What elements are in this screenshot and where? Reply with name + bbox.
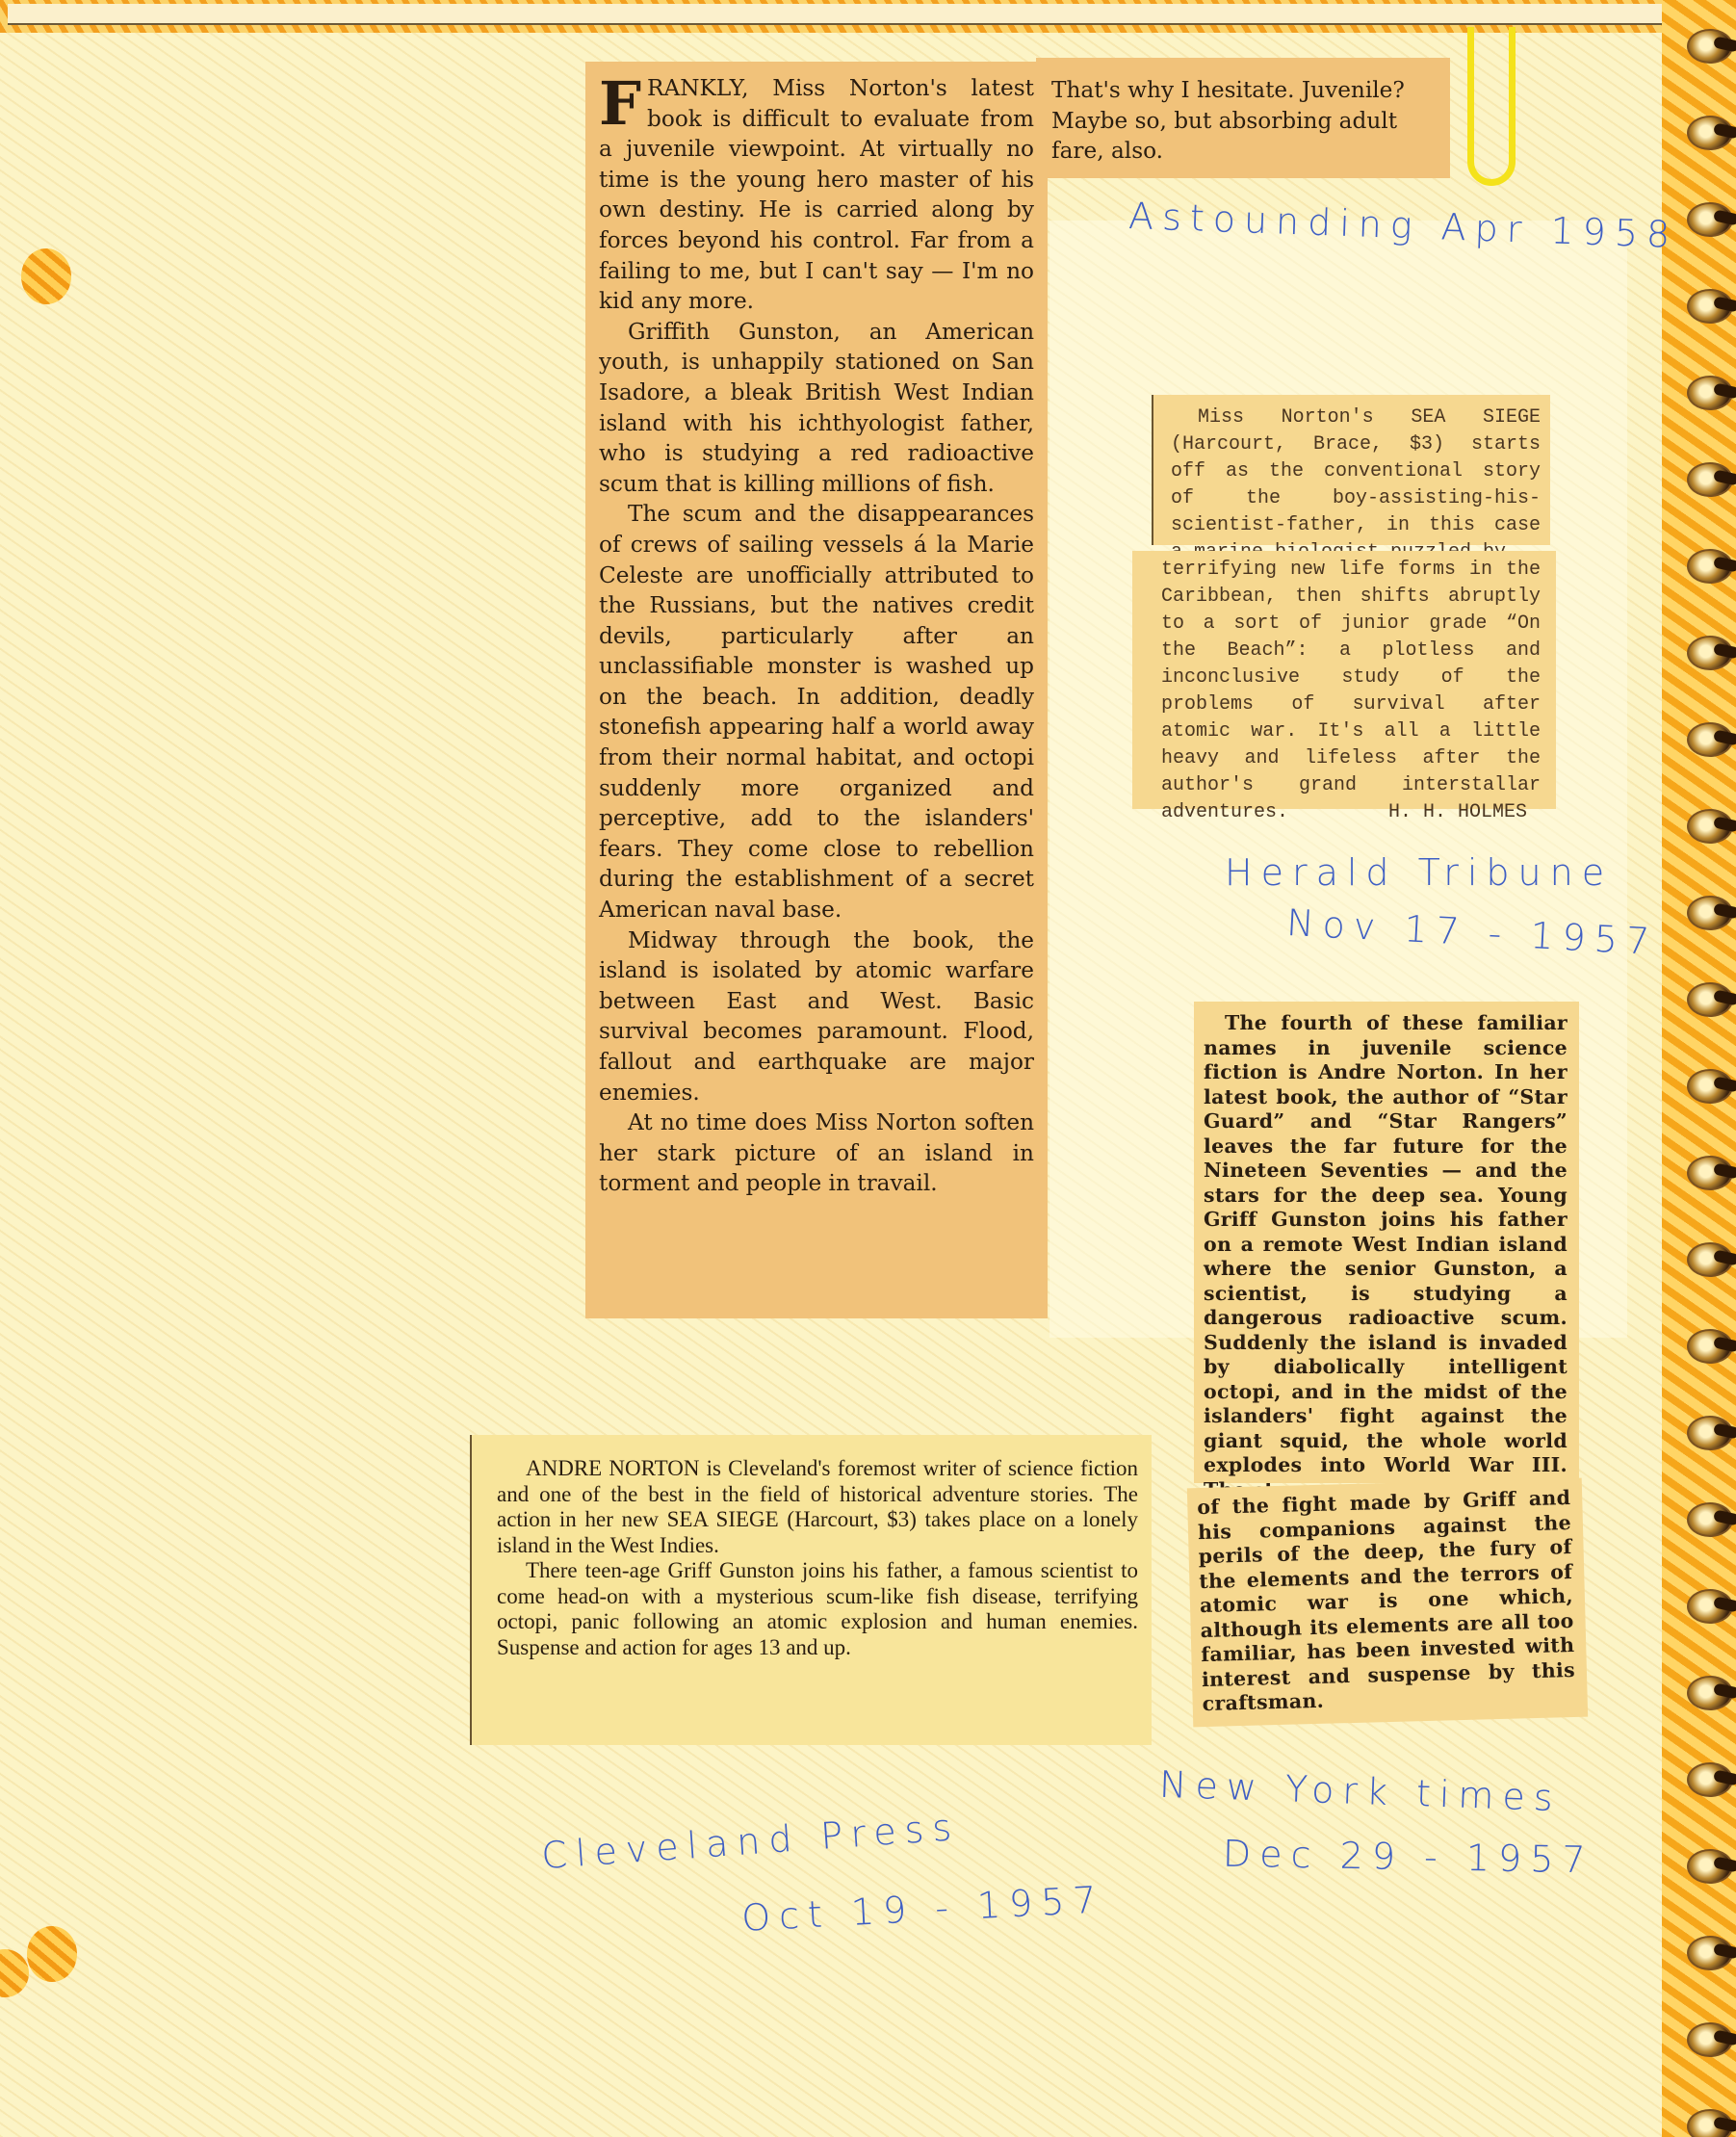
paragraph: ANDRE NORTON is Cleveland's foremost wri… — [497, 1456, 1138, 1558]
punch-hole-torn — [0, 1949, 29, 1997]
drop-cap: F — [599, 79, 641, 129]
punch-hole — [27, 1926, 77, 1982]
spiral-ring-icon — [1687, 202, 1733, 237]
spiral-ring-icon — [1687, 1676, 1733, 1710]
paragraph: At no time does Miss Norton soften her s… — [599, 1108, 1034, 1199]
paragraph: The fourth of these familiar names in ju… — [1204, 1011, 1568, 1502]
punch-hole — [21, 248, 71, 304]
paragraph: Midway through the book, the island is i… — [599, 925, 1034, 1108]
spiral-binding — [1662, 0, 1736, 2137]
spiral-ring-icon — [1687, 2109, 1733, 2137]
spiral-ring-icon — [1687, 1156, 1733, 1190]
annotation-herald-line1: Herald Tribune — [1225, 851, 1613, 894]
annotation-nyt-line2: Dec 29 - 1957 — [1223, 1833, 1594, 1882]
spiral-ring-icon — [1687, 116, 1733, 150]
spiral-ring-icon — [1687, 289, 1733, 324]
spiral-ring-icon — [1687, 1589, 1733, 1624]
clipping-herald-tribune-part1: Miss Norton's SEA SIEGE (Harcourt, Brace… — [1152, 395, 1550, 545]
paragraph: Griffith Gunston, an American youth, is … — [599, 317, 1034, 500]
spiral-ring-icon — [1687, 1849, 1733, 1884]
spiral-ring-icon — [1687, 1936, 1733, 1970]
spiral-ring-icon — [1687, 376, 1733, 410]
paperclip — [1467, 27, 1516, 186]
clipping-nyt-part2: of the fight made by Griff and his compa… — [1187, 1478, 1588, 1728]
spiral-ring-icon — [1687, 722, 1733, 757]
spiral-ring-icon — [1687, 1416, 1733, 1450]
paragraph: The scum and the disappearances of crews… — [599, 499, 1034, 925]
clipping-cleveland-press: ANDRE NORTON is Cleveland's foremost wri… — [470, 1435, 1152, 1745]
clipping-nyt-part1: The fourth of these familiar names in ju… — [1194, 1002, 1579, 1483]
paragraph: of the fight made by Griff and his compa… — [1197, 1486, 1576, 1717]
paragraph: Miss Norton's SEA SIEGE (Harcourt, Brace… — [1171, 404, 1541, 566]
spiral-ring-icon — [1687, 29, 1733, 64]
paragraph: RANKLY, Miss Norton's latest book is dif… — [599, 73, 1034, 317]
spiral-ring-icon — [1687, 636, 1733, 670]
spiral-ring-icon — [1687, 1502, 1733, 1537]
spiral-ring-icon — [1687, 2022, 1733, 2057]
spiral-ring-icon — [1687, 809, 1733, 844]
spiral-ring-icon — [1687, 982, 1733, 1017]
spiral-ring-icon — [1687, 896, 1733, 930]
spiral-ring-icon — [1687, 1762, 1733, 1797]
spiral-ring-icon — [1687, 1069, 1733, 1104]
spiral-ring-icon — [1687, 1329, 1733, 1364]
spiral-ring-icon — [1687, 462, 1733, 497]
clipping-astounding: F RANKLY, Miss Norton's latest book is d… — [585, 62, 1048, 1318]
page-top-tab — [8, 4, 1683, 25]
clipping-astounding-continuation: That's why I hesitate. Juvenile? Maybe s… — [1036, 58, 1450, 178]
paragraph: There teen-age Griff Gunston joins his f… — [497, 1558, 1138, 1660]
clipping-herald-tribune-part2: terrifying new life forms in the Caribbe… — [1132, 551, 1556, 809]
spiral-ring-icon — [1687, 1242, 1733, 1277]
paragraph: terrifying new life forms in the Caribbe… — [1161, 557, 1541, 826]
spiral-ring-icon — [1687, 549, 1733, 584]
paragraph: That's why I hesitate. Juvenile? Maybe s… — [1051, 75, 1438, 167]
